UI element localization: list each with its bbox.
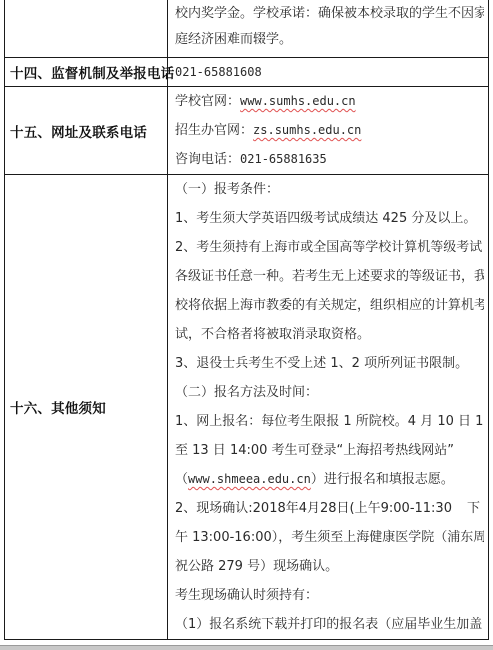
section-heading-requirements: （一）报考条件： <box>175 175 484 204</box>
row-label-supervision: 十四、监督机制及举报电话 <box>5 58 168 87</box>
text-line: 1、网上报名：每位考生限报 1 所院校。4 月 10 日 14:00 <box>175 407 484 436</box>
table-row-other-notes: 十六、其他须知 （一）报考条件： 1、考生须大学英语四级考试成绩达 425 分及… <box>5 175 489 640</box>
consult-phone-line: 咨询电话：021-65881635 <box>175 145 484 174</box>
row-content-other-notes: （一）报考条件： 1、考生须大学英语四级考试成绩达 425 分及以上。 2、考生… <box>168 175 489 640</box>
row-label-contacts: 十五、网址及联系电话 <box>5 87 168 175</box>
document-page: 校内奖学金。学校承诺：确保被本校录取的学生不因家 庭经济困难而辍学。 十四、监督… <box>0 0 493 650</box>
text-line: 试，不合格者将被取消录取资格。 <box>175 320 484 349</box>
text-line: 3、退役士兵考生不受上述 1、2 项所列证书限制。 <box>175 349 484 378</box>
school-website-label: 学校官网： <box>175 94 240 109</box>
text-line: 庭经济困难而辍学。 <box>175 27 484 57</box>
onsite-confirm-line: 2、现场确认:2018年4月28日(上午9:00-11:30下 <box>175 494 484 523</box>
text-line: 1、考生须大学英语四级考试成绩达 425 分及以上。 <box>175 204 484 233</box>
text-line: 午 13:00-16:00），考生须至上海健康医学院（浦东周 <box>175 523 484 552</box>
text-line: 校将依据上海市教委的有关规定，组织相应的计算机考 <box>175 291 484 320</box>
admissions-website-line: 招生办官网：zs.sumhs.edu.cn <box>175 116 484 145</box>
table-row-scholarship-continued: 校内奖学金。学校承诺：确保被本校录取的学生不因家 庭经济困难而辍学。 <box>5 0 489 58</box>
table-row-supervision: 十四、监督机制及举报电话 021-65881608 <box>5 58 489 87</box>
text-line: （1）报名系统下载并打印的报名表（应届毕业生加盖 <box>175 610 484 639</box>
onsite-confirm-text: 2、现场确认:2018年4月28日(上午9:00-11:30 <box>175 501 452 516</box>
admissions-info-table: 校内奖学金。学校承诺：确保被本校录取的学生不因家 庭经济困难而辍学。 十四、监督… <box>4 0 489 640</box>
text-line: 校内奖学金。学校承诺：确保被本校录取的学生不因家 <box>175 0 484 27</box>
school-website-line: 学校官网：www.sumhs.edu.cn <box>175 87 484 116</box>
text-line: 至 13 日 14:00 考生可登录“上海招考热线网站” <box>175 436 484 465</box>
row-content-contacts: 学校官网：www.sumhs.edu.cn 招生办官网：zs.sumhs.edu… <box>168 87 489 175</box>
supervision-phone: 021-65881608 <box>175 58 484 86</box>
table-row-contacts: 十五、网址及联系电话 学校官网：www.sumhs.edu.cn 招生办官网：z… <box>5 87 489 175</box>
registration-url-suffix: ）进行报名和填报志愿。 <box>311 472 454 487</box>
onsite-confirm-trailing: 下 <box>467 494 484 523</box>
row-content-scholarship: 校内奖学金。学校承诺：确保被本校录取的学生不因家 庭经济困难而辍学。 <box>168 0 489 58</box>
section-heading-registration: （二）报名方法及时间： <box>175 378 484 407</box>
text-line: 各级证书任意一种。若考生无上述要求的等级证书，我 <box>175 262 484 291</box>
row-content-supervision-phone: 021-65881608 <box>168 58 489 87</box>
paren-open: （ <box>175 472 188 487</box>
admissions-website-link[interactable]: zs.sumhs.edu.cn <box>253 123 361 137</box>
school-website-link[interactable]: www.sumhs.edu.cn <box>240 94 356 108</box>
page-bottom-edge <box>0 645 493 650</box>
text-line: 2、考生须持有上海市或全国高等学校计算机等级考试 <box>175 233 484 262</box>
registration-url-line: （www.shmeea.edu.cn）进行报名和填报志愿。 <box>175 465 484 494</box>
shmeea-link[interactable]: www.shmeea.edu.cn <box>188 472 311 486</box>
consult-phone-label: 咨询电话： <box>175 152 240 167</box>
text-line: 祝公路 279 号）现场确认。 <box>175 552 484 581</box>
admissions-website-label: 招生办官网： <box>175 123 253 138</box>
text-line: 考生现场确认时须持有： <box>175 581 484 610</box>
row-label-empty <box>5 0 168 58</box>
row-label-other-notes: 十六、其他须知 <box>5 175 168 640</box>
consult-phone-value: 021-65881635 <box>240 152 327 166</box>
